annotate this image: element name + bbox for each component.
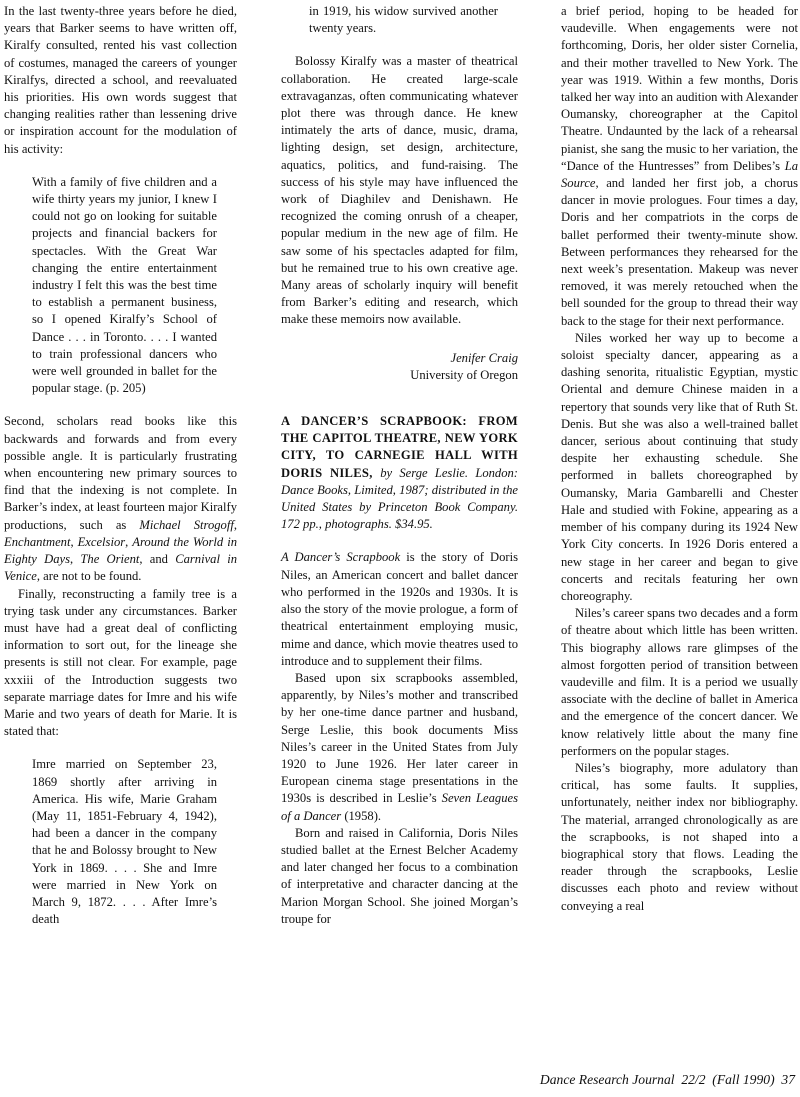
paragraph-bolossy-master: Bolossy Kiralfy was a master of theatric… <box>281 53 518 328</box>
column-3: a brief period, hoping to be headed for … <box>561 3 798 915</box>
text-run: Based upon six scrapbooks assembled, app… <box>281 671 518 805</box>
book-title-italic: The Orient <box>80 552 139 566</box>
book-title-italic: Michael Strogoff <box>139 518 233 532</box>
review-heading: A DANCER’S SCRAPBOOK: FROM THE CAPITOL T… <box>281 413 518 533</box>
text-run: a brief period, hoping to be headed for … <box>561 4 798 173</box>
text-run: , <box>234 518 237 532</box>
paragraph-indexing-criticism: Second, scholars read books like this ba… <box>4 413 237 585</box>
paragraph-capitol-theatre: a brief period, hoping to be headed for … <box>561 3 798 330</box>
block-quote-imre-marriage: Imre married on September 23, 1869 short… <box>4 756 237 928</box>
reviewer-name: Jenifer Craig <box>281 350 518 367</box>
paragraph-scrapbook-story: A Dancer’s Scrapbook is the story of Dor… <box>281 549 518 669</box>
reviewer-signature: Jenifer Craig University of Oregon <box>281 350 518 384</box>
paragraph-career-spans: Niles’s career spans two decades and a f… <box>561 605 798 760</box>
column-2: in 1919, his widow survived another twen… <box>281 3 518 928</box>
block-quote-kiralfy-memoir: With a family of five children and a wif… <box>4 174 237 398</box>
text-run: (1958). <box>341 809 381 823</box>
text-run: , are not to be found. <box>37 569 142 583</box>
book-title-italic: Enchantment <box>4 535 70 549</box>
paragraph-soloist-dancer: Niles worked her way up to become a solo… <box>561 330 798 605</box>
text-run: , <box>70 535 77 549</box>
text-run: , <box>70 552 80 566</box>
book-title-italic: Excelsior <box>78 535 126 549</box>
book-title-italic: A Dancer’s Scrapbook <box>281 550 400 564</box>
text-run: Second, scholars read books like this ba… <box>4 414 237 531</box>
paragraph-six-scrapbooks: Based upon six scrapbooks assembled, app… <box>281 670 518 825</box>
paragraph-born-california: Born and raised in California, Doris Nil… <box>281 825 518 928</box>
journal-footer-citation: Dance Research Journal 22/2 (Fall 1990) … <box>540 1071 795 1088</box>
column-1: In the last twenty-three years before he… <box>4 3 237 944</box>
paragraph-biography-faults: Niles’s biography, more adulatory than c… <box>561 760 798 915</box>
text-run: is the story of Doris Niles, an American… <box>281 550 518 667</box>
journal-page: In the last twenty-three years before he… <box>0 0 800 1097</box>
paragraph-barker-later-years: In the last twenty-three years before he… <box>4 3 237 158</box>
text-run: , and <box>139 552 175 566</box>
reviewer-affiliation: University of Oregon <box>281 367 518 384</box>
block-quote-continuation: in 1919, his widow survived another twen… <box>281 3 518 37</box>
paragraph-family-tree: Finally, reconstructing a family tree is… <box>4 586 237 741</box>
text-run: , and landed her first job, a chorus dan… <box>561 176 798 328</box>
